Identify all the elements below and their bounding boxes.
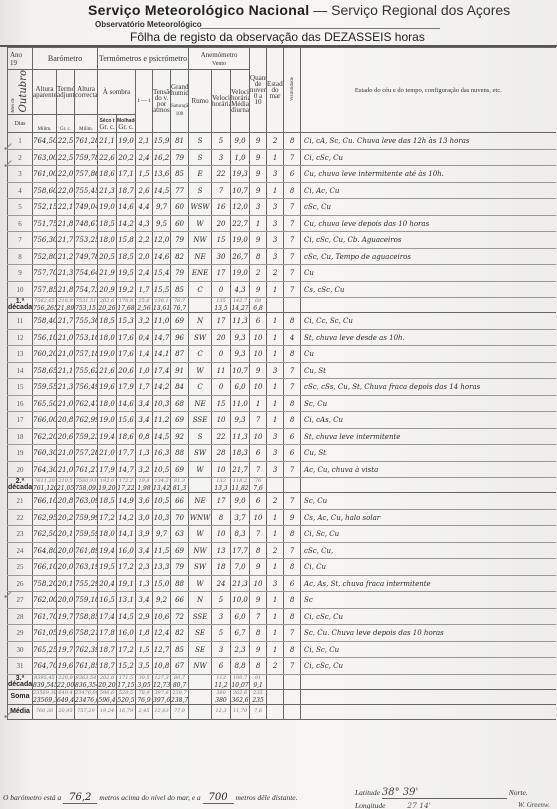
nuv-cell: 7 [250,461,267,478]
molh-cell: 14,6 [117,199,136,216]
sky-state-cell: Cu [301,346,556,363]
diff-cell: 0,8 [136,428,153,445]
tensao-cell: 14,7 [153,329,171,346]
longitude-line: Longitude 27 14' [355,801,451,809]
seco-cell: 18,7 [98,641,117,658]
decade-cell: 7,6 [250,704,267,719]
seco-cell: 19,0 [98,412,117,429]
decade-cell: 13513,5 [212,298,231,313]
seco-cell: 18,6 [98,166,117,183]
table-row: 1764,5022,5761,2821,119,02,115,981S59,09… [8,133,556,150]
nuv-cell: 7 [250,412,267,429]
alt_ap-cell: 756,30 [33,232,57,249]
hum-cell: 77 [171,182,189,199]
tensao-cell: 10,5 [153,493,171,510]
diff-cell: 1,5 [136,166,153,183]
table-row: 9757,7021,3754,6421,919,52,415,479ENE171… [8,265,556,282]
alt_ap-cell: 764,30 [33,461,57,478]
decade-cell: 202,620,26 [98,298,117,313]
barometer-distance-value: 700 [203,792,234,804]
nuv-cell: 7 [250,526,267,543]
barometer-height-value: 76,2 [63,792,97,804]
decade-cell: 760,30 [33,704,57,719]
term-cell: 21,0 [57,395,75,412]
media-cell: 1,0 [231,149,250,166]
alt_corr-cell: 757,86 [75,166,98,183]
mar-cell: 2 [267,658,284,675]
alt_ap-cell: 758,20 [33,575,57,592]
alt_corr-cell: 754,73 [75,281,98,298]
decade-label: Soma [8,689,33,704]
decade-cell: 118,211,82 [231,478,250,493]
term-cell: 22,0 [57,166,75,183]
molh-cell: 15,8 [117,232,136,249]
alt_corr-cell: 749,04 [75,199,98,216]
molh-cell: 17,2 [117,559,136,576]
mar-cell: 3 [267,461,284,478]
tensao-cell: 16,2 [153,149,171,166]
molh-cell: 20,2 [117,149,136,166]
rumo-cell: NE [189,248,212,265]
term-cell: 20,2 [57,509,75,526]
alt_corr-cell: 763,19 [75,559,98,576]
vis-cell: 8 [284,313,301,330]
hum-cell: 79 [171,265,189,282]
vis-cell: 7 [284,149,301,166]
mean-speed-header: Velocidade horáriaMédia diurna [231,70,250,133]
rumo-cell: SW [189,445,212,462]
vel-cell: 10 [212,461,231,478]
decade-cell: 12,3 [212,704,231,719]
table-row: 21766,1020,8763,0918,514,93,610,566NE179… [8,493,556,510]
unit-mm-2: Milím. [75,115,98,133]
term-cell: 20,6 [57,428,75,445]
molh-cell: 16,0 [117,542,136,559]
rumo-cell: SW [189,559,212,576]
day-cell: 14 [8,362,33,379]
vel-cell: 17 [212,313,231,330]
alt_corr-cell: 763,09 [75,493,98,510]
day-cell: 17 [8,412,33,429]
alt_ap-cell: 764,50 [33,133,57,150]
mar-cell: 1 [267,625,284,642]
tensao-cell: 13,6 [153,166,171,183]
alt_corr-cell: 749,78 [75,248,98,265]
vel-cell: 17 [212,493,231,510]
vel-cell: 5 [212,133,231,150]
seco-cell: 17,4 [98,608,117,625]
rumo-cell: W [189,461,212,478]
diff-cell: 2,9 [136,608,153,625]
vis-cell: 6 [284,166,301,183]
seco-cell: 18,0 [98,232,117,249]
vis-cell: 6 [284,575,301,592]
decade-cell: 596,6596,4 [98,689,117,704]
seco-cell: 18,0 [98,395,117,412]
seco-cell: 18,0 [98,526,117,543]
hum-cell: 69 [171,461,189,478]
nuv-cell: 9 [250,641,267,658]
decade-cell: 16,79 [117,704,136,719]
tensao-cell: 14,5 [153,428,171,445]
hum-cell: 79 [171,232,189,249]
rumo-cell: S [189,149,212,166]
media-cell: 6,0 [231,608,250,625]
alt_corr-cell: 755,62 [75,362,98,379]
vel-cell: 24 [212,575,231,592]
seco-cell: 19,5 [98,559,117,576]
diff-cell: 3,0 [136,509,153,526]
hum-cell: 72 [171,608,189,625]
seco-cell: 21,1 [98,133,117,150]
mar-cell: 1 [267,526,284,543]
vis-cell: 8 [284,182,301,199]
dry-header: Sêco tGr. c. [98,115,117,133]
seco-cell: 16,5 [98,592,117,609]
day-cell: 18 [8,428,33,445]
diff-cell: 3,4 [136,592,153,609]
regional-service-title: — Serviço Regional dos Açores [313,2,510,18]
seco-cell: 22,6 [98,149,117,166]
seco-cell: 21,9 [98,265,117,282]
vis-cell: 7 [284,461,301,478]
vel-cell: 11 [212,362,231,379]
tensao-cell: 9,2 [153,592,171,609]
decade-cell [189,704,212,719]
mar-cell: 1 [267,395,284,412]
media-cell: 19,3 [231,166,250,183]
rumo-cell: SW [189,329,212,346]
alt_corr-cell: 758,85 [75,608,98,625]
decade-cell [189,298,212,313]
day-cell: 24 [8,542,33,559]
alt_ap-cell: 758,65 [33,362,57,379]
diff-cell: 1,8 [136,625,153,642]
decade-cell: 23569,3023569,30 [33,689,57,704]
alt_corr-cell: 759,59 [75,526,98,543]
decade-cell [189,478,212,493]
nuv-cell: 9 [250,281,267,298]
table-row: 16765,5021,0762,4718,014,63,410,368NE151… [8,395,556,412]
alt_ap-cell: 765,50 [33,395,57,412]
alt_corr-cell: 761,85 [75,658,98,675]
mar-cell: 3 [267,248,284,265]
hum-cell: 82 [171,625,189,642]
sky-state-cell: Ci, cSc, Cu, Cb. Aguaceiros [301,232,556,249]
day-cell: 10 [8,281,33,298]
media-cell: 26,7 [231,248,250,265]
alt_ap-cell: 757,85 [33,281,57,298]
decade-cell: 235235 [250,689,267,704]
hum-cell: 85 [171,641,189,658]
vel-cell: 3 [212,641,231,658]
tensao-cell: 14,1 [153,346,171,363]
day-cell: 19 [8,445,33,462]
media-cell: 19,0 [231,232,250,249]
day-cell: 13 [8,346,33,363]
decade-cell: 142,714,27 [231,298,250,313]
tensao-cell: 9,7 [153,526,171,543]
decade-cell: 649,4649,4 [57,689,75,704]
nuv-cell: 1 [250,215,267,232]
alt_corr-cell: 755,45 [75,182,98,199]
diff-cell: 1,0 [136,362,153,379]
diff-cell: 3,2 [136,313,153,330]
decade-cell: 192,019,20 [98,478,117,493]
tensao-cell: 15,0 [153,575,171,592]
rumo-cell: C [189,379,212,396]
alt_corr-cell: 757,18 [75,346,98,363]
media-cell: 10,0 [231,592,250,609]
diff-cell: 2,1 [136,133,153,150]
seco-cell: 18,5 [98,215,117,232]
molh-cell: 18,7 [117,182,136,199]
sheet-title: Fôlha de registo da observação das DEZAS… [130,30,425,44]
alt_corr-cell: 758,21 [75,625,98,642]
tensao-cell: 16,3 [153,445,171,462]
tensao-cell: 12,7 [153,641,171,658]
decade-cell: 220,022,00 [57,674,75,689]
rumo-cell: S [189,133,212,150]
rumo-cell: SSE [189,608,212,625]
seco-cell: 21,0 [98,445,117,462]
seco-cell: 18,0 [98,329,117,346]
unit-gc-1: Gr. c. [57,115,75,133]
days-header: Dias [8,115,33,133]
tensao-cell: 9,5 [153,215,171,232]
diff-cell: 1,3 [136,445,153,462]
sky-state-cell: Sc, Cu. Chuva leve depois das 10 horas [301,625,556,642]
table-row: 25766,1020,0763,1919,517,22,313,379SW187… [8,559,556,576]
term-cell: 21,7 [57,313,75,330]
mar-cell: 1 [267,182,284,199]
vis-cell: 8 [284,608,301,625]
table-row: 30765,2519,7762,3918,717,21,512,785SE32,… [8,641,556,658]
decade-cell: 7611,20761,120 [33,478,57,493]
cloud-quantity-header: Quantidade de nuvens 0 a 10 [250,48,267,133]
decade-cell: 520,5520,5 [117,689,136,704]
decade-cell: 81,381,3 [171,478,189,493]
table-row: 14758,6521,1755,6221,620,61,017,491W1110… [8,362,556,379]
remarks-cell [301,478,556,493]
sky-state-cell: Ci, Cc, Sc, Cu [301,313,556,330]
molh-cell: 18,6 [117,428,136,445]
alt_ap-cell: 766,00 [33,412,57,429]
decade-cell: 8395,45839,545 [33,674,57,689]
hum-cell: 92 [171,428,189,445]
vel-cell: 7 [212,182,231,199]
term-cell: 20,8 [57,412,75,429]
table-row: 31764,7019,6761,8518,715,23,510,867NW68,… [8,658,556,675]
sky-state-cell: Cu [301,265,556,282]
decade-cell: 397,6397,6 [153,689,171,704]
rumo-cell: NE [189,395,212,412]
nuv-cell: 8 [250,542,267,559]
day-cell: 8 [8,248,33,265]
term-cell: 19,7 [57,641,75,658]
decade-cell: 172,217,22 [117,478,136,493]
vis-cell: 7 [284,281,301,298]
tensao-cell: 12,0 [153,232,171,249]
molh-cell: 17,6 [117,329,136,346]
corrected-height-header: Altura correcta [75,70,98,115]
vel-cell: 0 [212,379,231,396]
term-cell: 22,5 [57,149,75,166]
vis-cell: 7 [284,265,301,282]
rumo-cell: W [189,575,212,592]
day-cell: 4 [8,182,33,199]
diff-cell: 1,7 [136,379,153,396]
molh-cell: 14,5 [117,608,136,625]
day-cell: 5 [8,199,33,216]
term-cell: 22,1 [57,199,75,216]
table-row: 26758,2020,1755,2920,419,11,315,088W2421… [8,575,556,592]
vel-cell: 10 [212,526,231,543]
nuv-cell: 10 [250,509,267,526]
decade-cell [267,298,284,313]
rumo-cell: S [189,182,212,199]
decade-cell: 77,0 [171,704,189,719]
latitude-value: 38° 39' [382,787,507,799]
vel-cell: 15 [212,395,231,412]
table-row: 28761,7019,7758,8517,414,52,910,672SSE36… [8,608,556,625]
decade-cell [267,674,284,689]
rumo-cell: W [189,215,212,232]
decade-summary-row: Soma23569,3023569,30649,4649,423476,0823… [8,689,556,704]
rumo-cell: SSE [189,412,212,429]
nuv-cell: 8 [250,658,267,675]
sky-state-cell: Cu, St [301,362,556,379]
table-row: 15759,5521,3756,4919,617,91,714,284C06,0… [8,379,556,396]
mar-cell: 3 [267,575,284,592]
decade-cell: 11211,2 [212,674,231,689]
diff-cell: 3,5 [136,658,153,675]
mar-cell: 1 [267,608,284,625]
molh-cell: 16,0 [117,625,136,642]
mar-cell: 3 [267,199,284,216]
table-row: 24764,8020,0761,8919,416,03,411,569NW131… [8,542,556,559]
table-row: 11758,4021,7755,3018,515,33,211,069N1711… [8,313,556,330]
term-cell: 19,6 [57,625,75,642]
term-cell: 20,1 [57,526,75,543]
decade-cell: 8363,54836,354 [75,674,98,689]
observatory-label: Observatório Meteorológico [95,20,202,29]
alt_ap-cell: 765,25 [33,641,57,658]
decade-cell: 767,6 [250,478,267,493]
decade-cell: 30,53,05 [136,674,153,689]
diff-cell: 3,6 [136,493,153,510]
wet-header: Molhado tGr. c. [117,115,136,133]
decade-cell: 19,81,98 [136,478,153,493]
hum-cell: 60 [171,199,189,216]
media-cell: 9,3 [231,329,250,346]
decade-summary-row: 2.ª década7611,20761,120210,521,057580,9… [8,478,556,493]
decade-cell: 127,312,73 [153,674,171,689]
nuv-cell: 7 [250,608,267,625]
alt_ap-cell: 762,00 [33,592,57,609]
term-cell: 21,8 [57,281,75,298]
table-row: 17766,0020,8762,9919,015,63,411,269SSE10… [8,412,556,429]
tensao-cell: 14,2 [153,379,171,396]
day-cell: 11 [8,313,33,330]
nuv-cell: 10 [250,575,267,592]
term-cell: 21,0 [57,346,75,363]
hum-cell: 91 [171,362,189,379]
media-cell: 11,3 [231,428,250,445]
vel-cell: 0 [212,281,231,298]
diff-cell: 3,2 [136,461,153,478]
media-cell: 12,0 [231,199,250,216]
table-row: 18762,2020,6759,2319,418,60,814,592S2211… [8,428,556,445]
decade-cell: 12,83 [153,704,171,719]
vis-cell: 4 [284,329,301,346]
diff-cell: 1,4 [136,346,153,363]
sky-state-cell: Cu, chuva leve intermitente até às 10h. [301,166,556,183]
diff-cell: 4,4 [136,199,153,216]
table-row: 6751,7521,8748,6718,514,24,39,560W2022,7… [8,215,556,232]
seco-cell: 20,9 [98,281,117,298]
vis-cell: 7 [284,625,301,642]
observation-rows: 1764,5022,5761,2821,119,02,115,981S59,09… [8,133,556,720]
molh-cell: 19,1 [117,575,136,592]
vis-cell: 7 [284,199,301,216]
molh-cell: 13,1 [117,592,136,609]
vel-cell: 28 [212,445,231,462]
hum-cell: 88 [171,575,189,592]
alt_ap-cell: 762,95 [33,509,57,526]
decade-label: 3.ª década [8,674,33,689]
term-cell: 19,6 [57,658,75,675]
tensao-cell: 12,4 [153,625,171,642]
mar-cell: 3 [267,166,284,183]
sky-state-cell: Ci, cAs, Cu [301,412,556,429]
molh-cell: 14,7 [117,461,136,478]
tensao-cell: 14,5 [153,182,171,199]
table-row: 19760,3021,0757,2821,017,71,316,388SW281… [8,445,556,462]
molh-cell: 14,1 [117,526,136,543]
table-row: 29761,0519,6758,2117,816,01,812,482SE56,… [8,625,556,642]
alt_ap-cell: 763,00 [33,149,57,166]
tensao-cell: 10,5 [153,461,171,478]
nuv-cell: 6 [250,493,267,510]
day-cell: 22 [8,509,33,526]
day-cell: 30 [8,641,33,658]
vis-cell: 7 [284,362,301,379]
decade-cell [189,674,212,689]
molh-cell: 15,6 [117,412,136,429]
mar-cell: 2 [267,133,284,150]
term-cell: 20,8 [57,493,75,510]
vel-cell: 16 [212,199,231,216]
decade-cell: 19,24 [98,704,117,719]
alt_corr-cell: 757,28 [75,445,98,462]
media-cell: 21,7 [231,461,250,478]
tensao-cell: 15,9 [153,133,171,150]
mar-cell: 1 [267,592,284,609]
alt_corr-cell: 762,99 [75,412,98,429]
vis-cell: 8 [284,559,301,576]
diff-cell: 3,4 [136,542,153,559]
diff-cell: 2,3 [136,559,153,576]
vis-cell: 7 [284,542,301,559]
seco-cell: 19,4 [98,542,117,559]
table-row: 3761,0022,0757,8618,617,11,513,685E2219,… [8,166,556,183]
diff-cell: 2,4 [136,265,153,282]
vel-cell: 22 [212,166,231,183]
molh-cell: 17,2 [117,641,136,658]
media-cell: 21,3 [231,575,250,592]
tensao-cell: 15,5 [153,281,171,298]
